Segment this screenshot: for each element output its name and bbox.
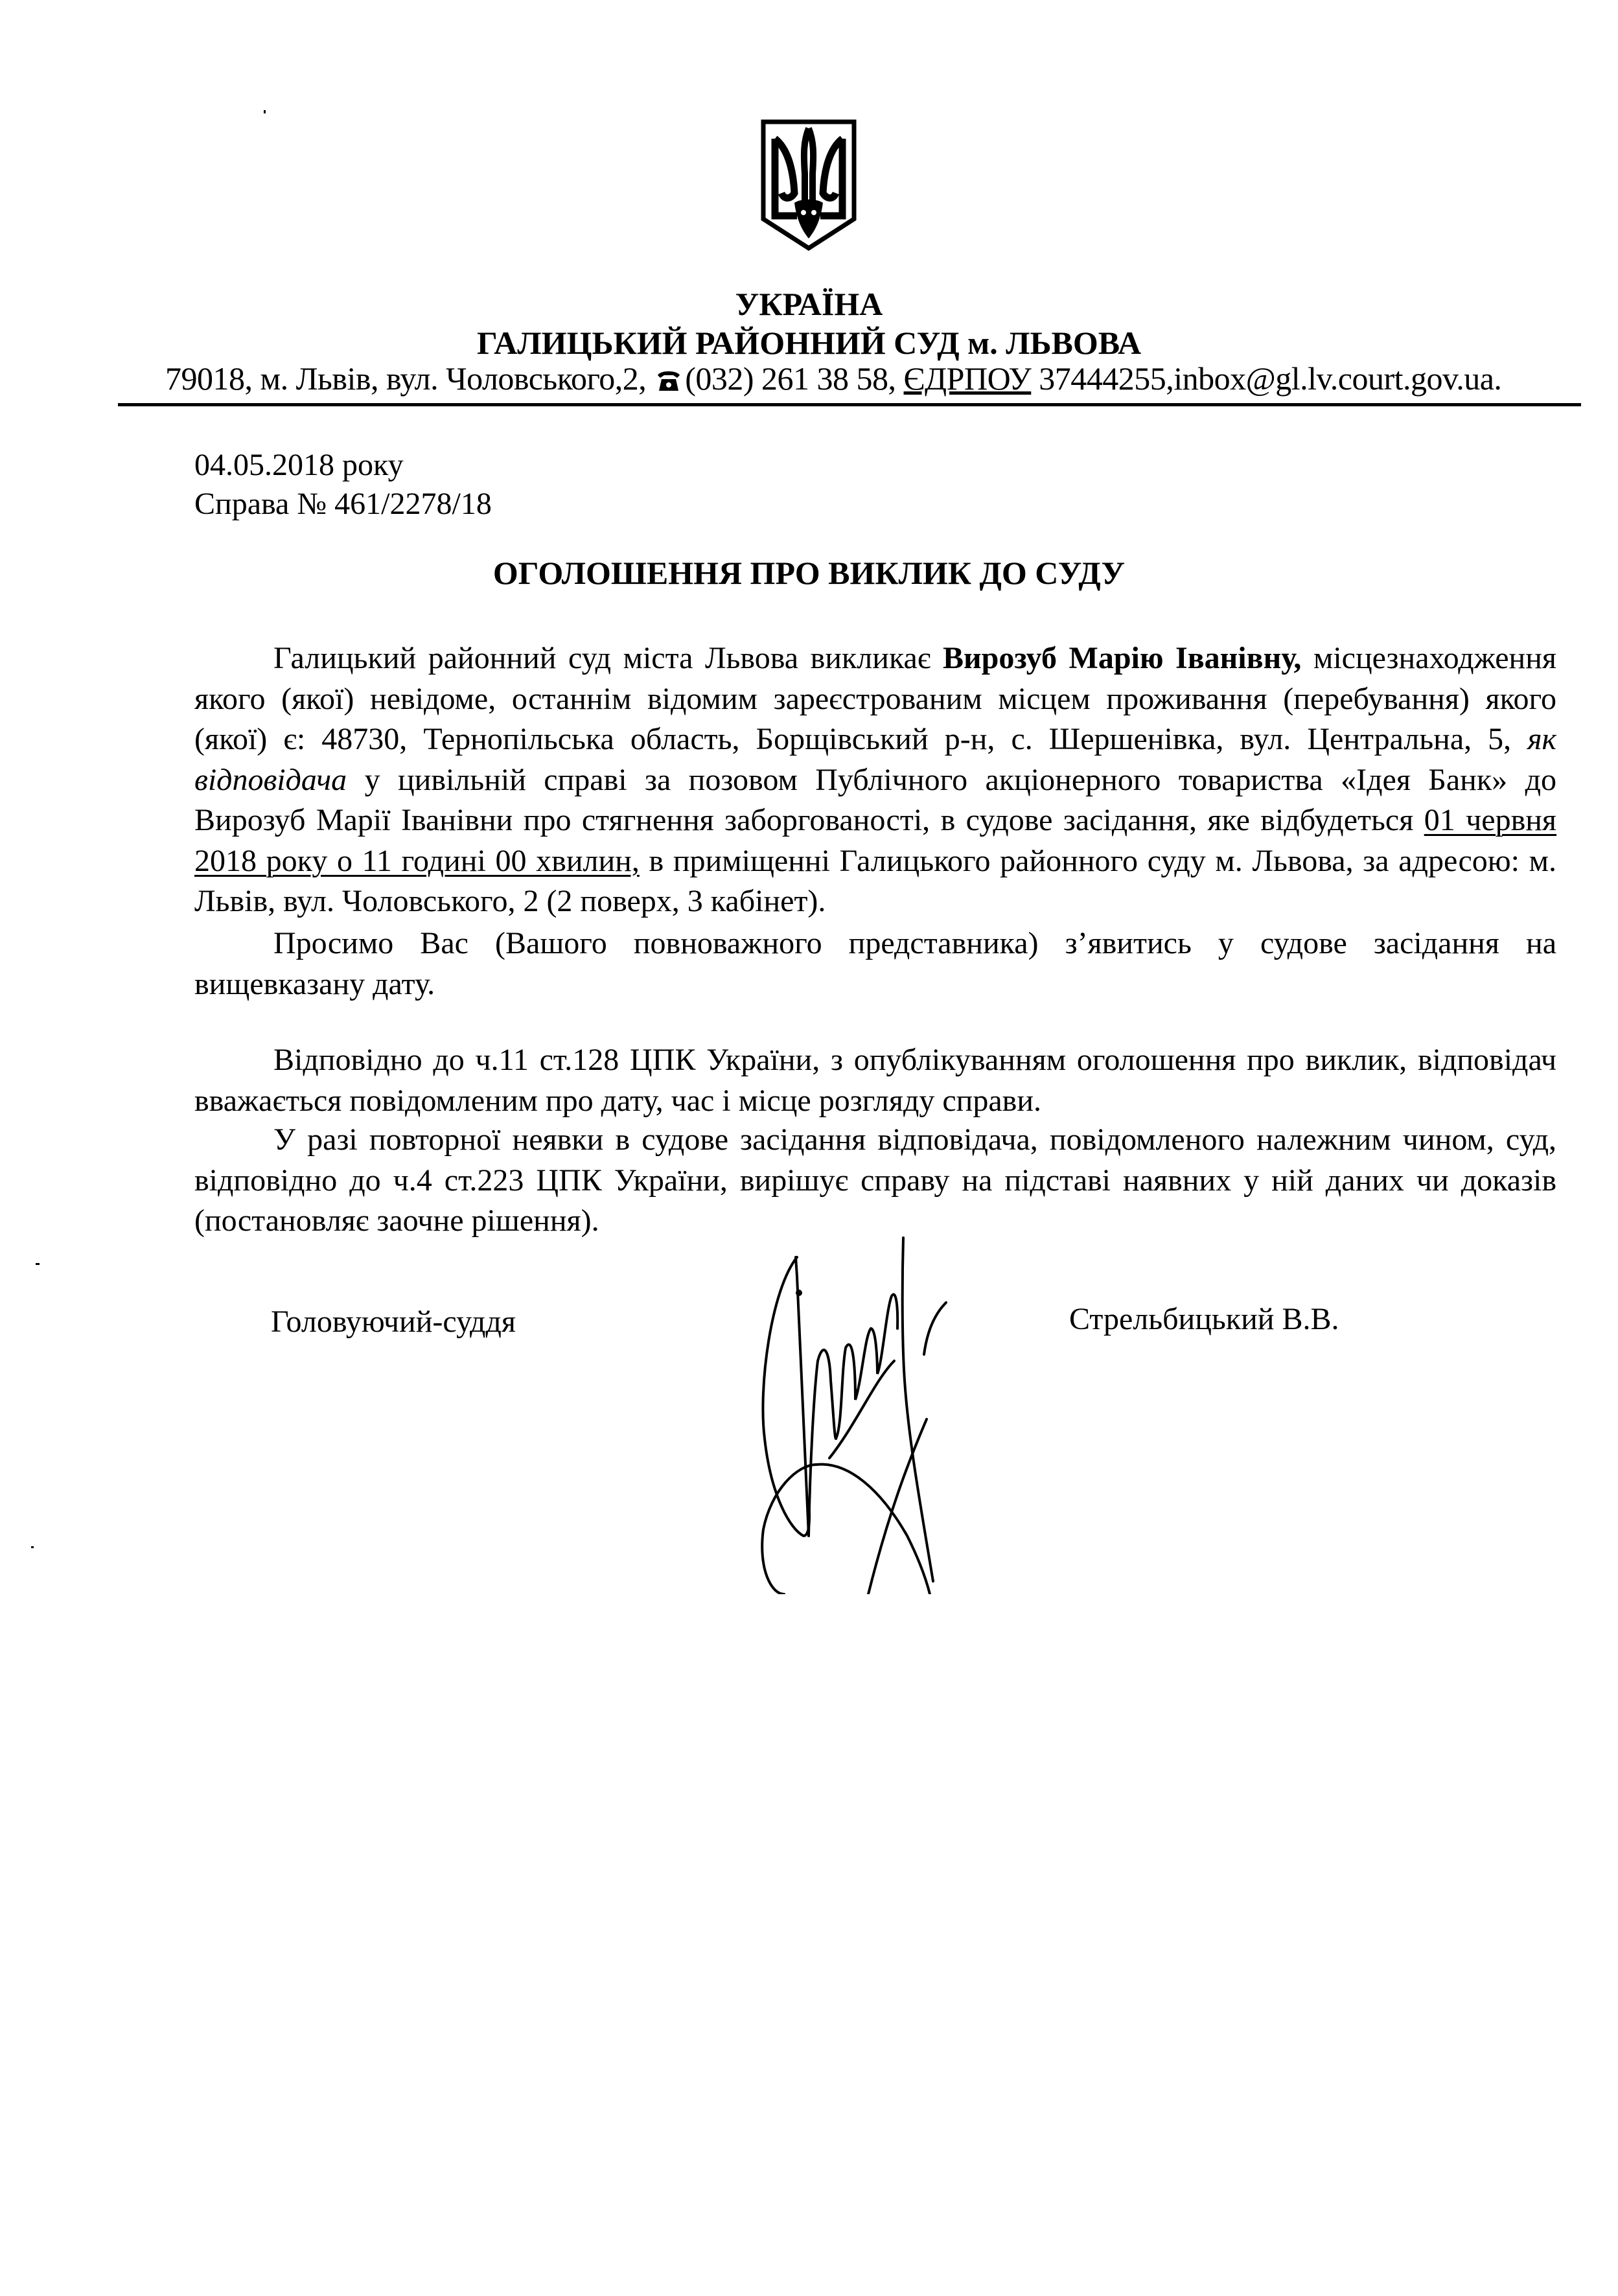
coat-of-arms-icon	[758, 115, 859, 253]
paragraph-summons: Галицький районний суд міста Львова викл…	[194, 638, 1556, 922]
scan-artifact	[36, 1263, 40, 1265]
scan-artifact	[31, 1546, 34, 1548]
paragraph-notification-rule: Відповідно до ч.11 ст.128 ЦПК України, з…	[194, 1040, 1556, 1121]
court-name-heading: ГАЛИЦЬКИЙ РАЙОННИЙ СУД м. ЛЬВОВА	[0, 324, 1618, 362]
postal-address: 79018, м. Львів, вул. Чоловського,2,	[165, 360, 646, 397]
claim-description: у цивільній справі за позовом Публічного…	[194, 763, 1556, 838]
telephone-icon	[656, 369, 681, 392]
judge-name: Стрельбицький В.В.	[1069, 1301, 1339, 1337]
edrpou-code-email: 37444255,inbox@gl.lv.court.gov.ua.	[1039, 360, 1501, 397]
country-heading: УКРАЇНА	[0, 285, 1618, 323]
edrpou-label: ЄДРПОУ	[904, 360, 1032, 397]
letterhead-divider	[118, 403, 1581, 406]
court-contact-line: 79018, м. Львів, вул. Чоловського,2, (03…	[165, 360, 1591, 397]
document-title: ОГОЛОШЕННЯ ПРО ВИКЛИК ДО СУДУ	[0, 554, 1618, 592]
phone-number: (032) 261 38 58,	[685, 360, 896, 397]
paragraph-default-judgment: У разі повторної неявки в судове засідан…	[194, 1120, 1556, 1242]
signer-role: Головуючий-суддя	[271, 1304, 516, 1339]
notification-rule-text: Відповідно до ч.11 ст.128 ЦПК України, з…	[194, 1040, 1556, 1121]
case-number: Справа № 461/2278/18	[194, 486, 492, 522]
default-judgment-text: У разі повторної неявки в судове засідан…	[194, 1120, 1556, 1242]
scan-artifact	[264, 110, 266, 113]
summons-intro: Галицький районний суд міста Львова викл…	[273, 641, 943, 675]
document-date: 04.05.2018 року	[194, 447, 404, 483]
request-appearance-text: Просимо Вас (Вашого повноважного предста…	[194, 923, 1556, 1004]
paragraph-request-appearance: Просимо Вас (Вашого повноважного предста…	[194, 923, 1556, 1004]
defendant-name: Вирозуб Марію Іванівну,	[943, 641, 1301, 675]
handwritten-signature-icon	[732, 1231, 953, 1594]
